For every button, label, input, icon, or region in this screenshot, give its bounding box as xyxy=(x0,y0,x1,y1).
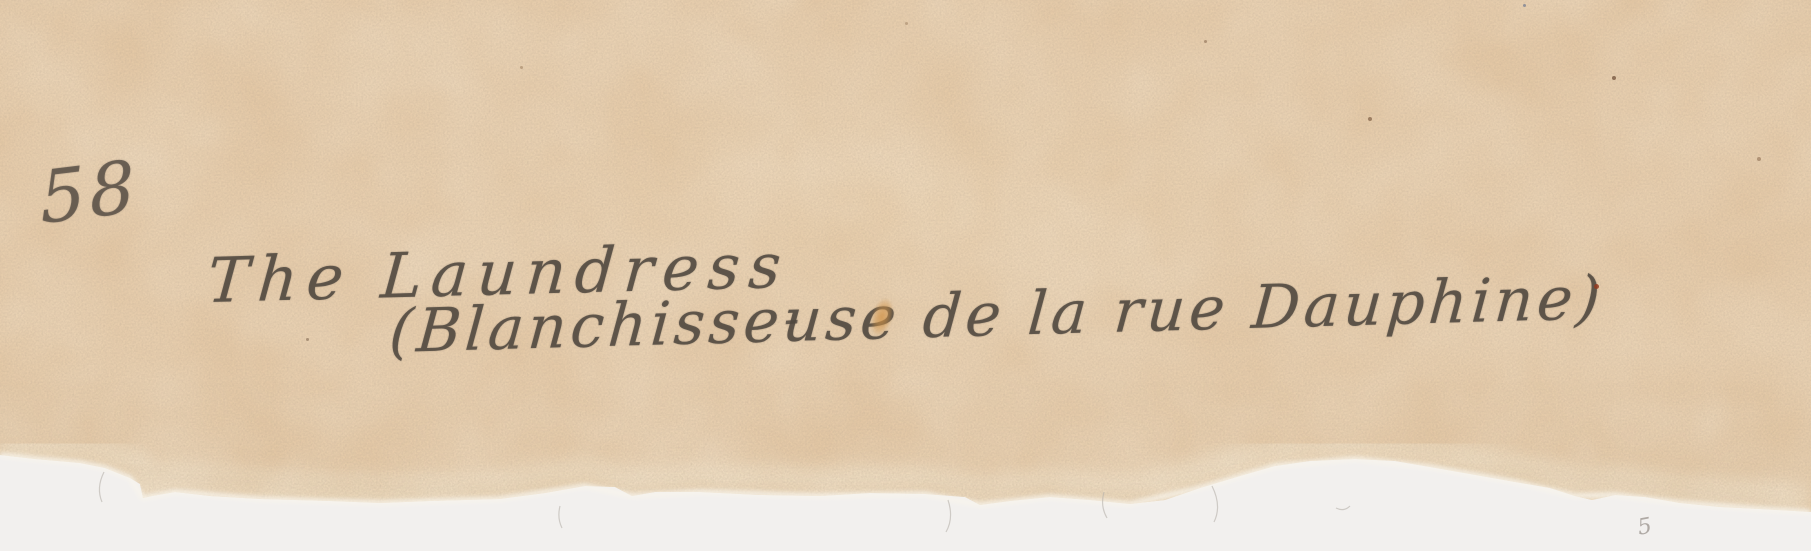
catalog-number-handwriting: 58 xyxy=(38,150,141,234)
paper-speck xyxy=(1757,157,1761,161)
paper-speck xyxy=(306,338,309,341)
scanned-paper-fragment: 58 The Laundress - (Blanchisseuse de la … xyxy=(0,0,1811,551)
paper-speck xyxy=(905,22,908,25)
paper-speck xyxy=(1204,40,1207,43)
paper-speck xyxy=(1594,284,1599,289)
paper-speck xyxy=(520,66,523,69)
paper-speck xyxy=(1612,76,1616,80)
paper-speck xyxy=(1368,117,1372,121)
paper-speck xyxy=(1523,4,1526,7)
